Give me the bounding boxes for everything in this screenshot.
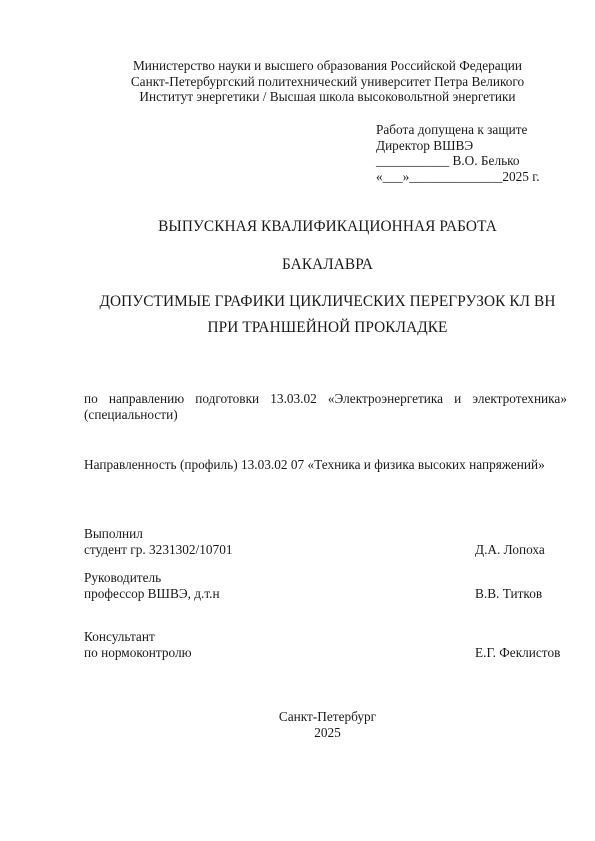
direction-word: электротехника»: [472, 391, 567, 407]
study-direction: по направлению подготовки 13.03.02 «Элек…: [84, 391, 567, 422]
thesis-topic-line-1: ДОПУСТИМЫЕ ГРАФИКИ ЦИКЛИЧЕСКИХ ПЕРЕГРУЗО…: [0, 294, 595, 310]
signature-name: В.В. Титков: [475, 586, 542, 602]
university-line: Санкт-Петербургский политехнический унив…: [0, 74, 595, 90]
direction-word: направлению: [109, 391, 184, 407]
study-direction-line-2: (специальности): [84, 407, 567, 423]
institute-line: Институт энергетики / Высшая школа высок…: [0, 89, 595, 105]
approval-admitted: Работа допущена к защите: [376, 122, 576, 138]
signature-role: Руководитель: [84, 570, 574, 586]
signature-name: Е.Г. Феклистов: [475, 645, 560, 661]
document-type-title: ВЫПУСКНАЯ КВАЛИФИКАЦИОННАЯ РАБОТА: [0, 219, 595, 235]
approval-block: Работа допущена к защите Директор ВШВЭ _…: [376, 122, 576, 184]
signature-role: Выполнил: [84, 526, 574, 542]
direction-code: 13.03.02: [270, 391, 317, 407]
signature-performer: Выполнил студент гр. 3231302/10701 Д.А. …: [84, 526, 574, 557]
signature-position: по нормоконтролю: [84, 645, 192, 661]
footer-year: 2025: [0, 725, 595, 741]
signature-position: студент гр. 3231302/10701: [84, 542, 233, 558]
degree-title: БАКАЛАВРА: [0, 257, 595, 273]
thesis-topic-line-2: ПРИ ТРАНШЕЙНОЙ ПРОКЛАДКЕ: [0, 320, 595, 336]
signature-position: профессор ВШВЭ, д.т.н: [84, 586, 220, 602]
ministry-line: Министерство науки и высшего образования…: [0, 58, 595, 74]
institution-header: Министерство науки и высшего образования…: [0, 58, 595, 105]
signature-role: Консультант: [84, 629, 574, 645]
approval-director-signature: ___________ В.О. Белько: [376, 153, 576, 169]
direction-word: и: [454, 391, 461, 407]
direction-word: по: [84, 391, 98, 407]
approval-director-title: Директор ВШВЭ: [376, 138, 576, 154]
direction-word: подготовки: [195, 391, 259, 407]
study-profile: Направленность (профиль) 13.03.02 07 «Те…: [84, 457, 574, 473]
direction-word: «Электроэнергетика: [328, 391, 443, 407]
approval-date-line: «___»______________2025 г.: [376, 169, 576, 185]
study-direction-line-1: по направлению подготовки 13.03.02 «Элек…: [84, 391, 567, 407]
footer-city: Санкт-Петербург: [0, 709, 595, 725]
signature-consultant: Консультант по нормоконтролю Е.Г. Феклис…: [84, 629, 574, 660]
signature-name: Д.А. Лопоха: [475, 542, 545, 558]
footer: Санкт-Петербург 2025: [0, 709, 595, 740]
signature-supervisor: Руководитель профессор ВШВЭ, д.т.н В.В. …: [84, 570, 574, 601]
